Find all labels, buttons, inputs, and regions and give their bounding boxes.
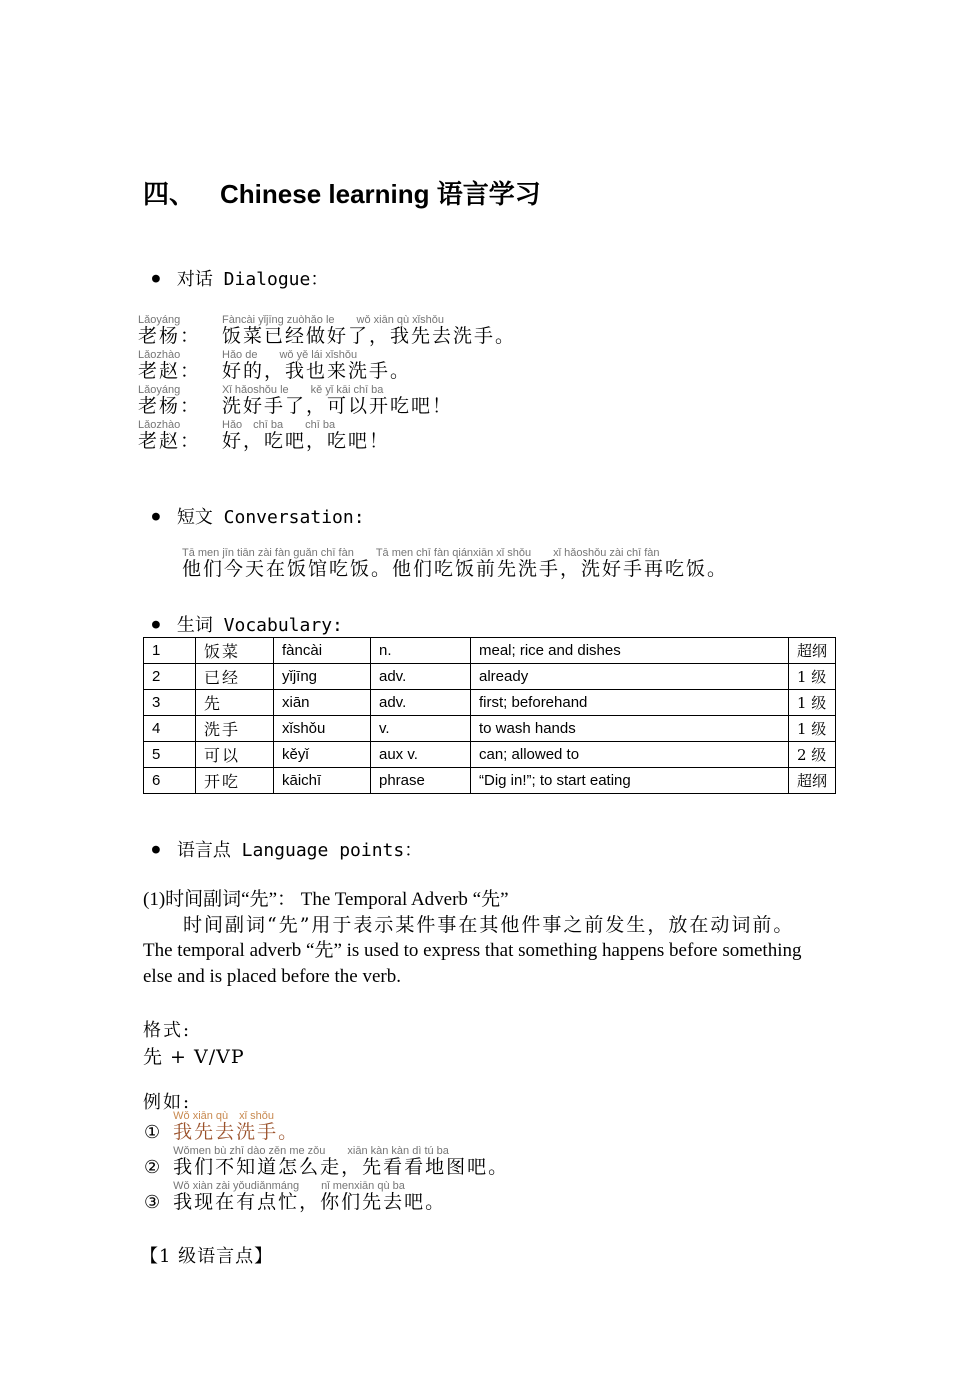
table-row: 3 先 xiān adv. first; beforehand 1 级 xyxy=(144,690,836,716)
vocab-index: 3 xyxy=(144,690,196,716)
hanzi-text: 老杨： xyxy=(138,396,202,417)
format-label: 格式: xyxy=(143,1016,191,1042)
bullet-icon: ● xyxy=(152,843,160,856)
section-heading-language-points: ● 语言点 Language points： xyxy=(152,836,422,862)
bullet-icon: ● xyxy=(152,510,160,523)
dialogue-line: Lǎoyáng 老杨： Xǐ hǎoshǒu le kě yǐ kāi chī … xyxy=(138,384,516,417)
section-heading-dialogue: ● 对话 Dialogue： xyxy=(152,265,328,291)
vocab-index: 5 xyxy=(144,742,196,768)
example-sentence: Wǒ xiàn zài yǒudiǎnmáng nǐ menxiān qù ba… xyxy=(173,1180,446,1213)
vocab-meaning: already xyxy=(471,664,789,690)
table-row: 5 可以 kěyǐ aux v. can; allowed to 2 级 xyxy=(144,742,836,768)
example-number: ① xyxy=(144,1122,160,1143)
section-heading-dialogue-label: 对话 Dialogue： xyxy=(177,265,329,291)
hanzi-text: 他们今天在饭馆吃饭。他们吃饭前先洗手，洗好手再吃饭。 xyxy=(182,559,728,580)
vocab-level: 1 级 xyxy=(789,716,836,742)
conversation-block: Tā men jīn tiān zài fàn guǎn chī fàn Tā … xyxy=(182,547,728,580)
vocab-pinyin: xǐshǒu xyxy=(274,716,371,742)
table-row: 6 开吃 kāichī phrase “Dig in!”; to start e… xyxy=(144,768,836,794)
examples-block: ① Wǒ xiān qù xǐ shǒu 我先去洗手。 ② Wǒmen bù z… xyxy=(144,1110,509,1215)
vocab-pinyin: fàncài xyxy=(274,638,371,664)
section-heading-vocabulary-label: 生词 Vocabulary: xyxy=(177,611,343,637)
vocab-word: 开吃 xyxy=(196,768,274,794)
dialogue-sentence: Fàncài yǐjīng zuòhǎo le wǒ xiān qù xǐshǒ… xyxy=(222,314,516,347)
vocab-index: 2 xyxy=(144,664,196,690)
vocab-word: 洗手 xyxy=(196,716,274,742)
vocab-meaning: “Dig in!”; to start eating xyxy=(471,768,789,794)
dialogue-line: Lǎozhào 老赵： Hǎo chī ba chī ba 好，吃吧，吃吧！ xyxy=(138,419,516,452)
example-number: ③ xyxy=(144,1192,160,1213)
hanzi-text: 老赵： xyxy=(138,431,202,452)
vocab-meaning: meal; rice and dishes xyxy=(471,638,789,664)
example-item: ② Wǒmen bù zhī dào zěn me zǒu xiān kàn k… xyxy=(144,1145,509,1178)
hanzi-text: 好的，我也来洗手。 xyxy=(222,361,411,382)
dialogue-sentence: Hǎo chī ba chī ba 好，吃吧，吃吧！ xyxy=(222,419,390,452)
page-title-text: Chinese learning 语言学习 xyxy=(220,174,541,211)
vocab-pinyin: kāichī xyxy=(274,768,371,794)
table-row: 2 已经 yǐjīng adv. already 1 级 xyxy=(144,664,836,690)
hanzi-text: 我现在有点忙，你们先去吧。 xyxy=(173,1192,446,1213)
hanzi-text: 我们不知道怎么走，先看看地图吧。 xyxy=(173,1157,509,1178)
hanzi-text: 老赵： xyxy=(138,361,202,382)
language-point-explanation-en: The temporal adverb “先” is used to expre… xyxy=(143,938,802,990)
vocab-index: 1 xyxy=(144,638,196,664)
page-title: 四、 Chinese learning 语言学习 xyxy=(143,174,541,211)
vocab-meaning: to wash hands xyxy=(471,716,789,742)
language-point-title: (1)时间副词“先”： The Temporal Adverb “先” xyxy=(143,884,509,911)
language-point-explanation-zh: 时间副词“先”用于表示某件事在其他件事之前发生，放在动词前。 xyxy=(183,910,794,937)
bullet-icon: ● xyxy=(152,618,160,631)
vocab-index: 4 xyxy=(144,716,196,742)
hanzi-text: 洗好手了，可以开吃吧！ xyxy=(222,396,453,417)
table-row: 1 饭菜 fàncài n. meal; rice and dishes 超纲 xyxy=(144,638,836,664)
vocab-level: 超纲 xyxy=(789,638,836,664)
example-sentence: Wǒmen bù zhī dào zěn me zǒu xiān kàn kàn… xyxy=(173,1145,509,1178)
vocab-meaning: can; allowed to xyxy=(471,742,789,768)
example-number: ② xyxy=(144,1157,160,1178)
format-pattern: 先 + V/VP xyxy=(143,1042,245,1069)
example-sentence: Wǒ xiān qù xǐ shǒu 我先去洗手。 xyxy=(173,1110,299,1143)
section-heading-language-points-label: 语言点 Language points： xyxy=(177,836,422,862)
vocab-pos: n. xyxy=(371,638,471,664)
vocab-level: 1 级 xyxy=(789,690,836,716)
vocab-pinyin: yǐjīng xyxy=(274,664,371,690)
vocab-pos: adv. xyxy=(371,664,471,690)
hanzi-text: 我先去洗手。 xyxy=(173,1122,299,1143)
vocab-pos: phrase xyxy=(371,768,471,794)
vocab-word: 饭菜 xyxy=(196,638,274,664)
vocab-pos: adv. xyxy=(371,690,471,716)
example-item: ① Wǒ xiān qù xǐ shǒu 我先去洗手。 xyxy=(144,1110,509,1143)
vocab-level: 超纲 xyxy=(789,768,836,794)
table-row: 4 洗手 xǐshǒu v. to wash hands 1 级 xyxy=(144,716,836,742)
hanzi-text: 老杨： xyxy=(138,326,202,347)
vocab-table: 1 饭菜 fàncài n. meal; rice and dishes 超纲 … xyxy=(143,637,836,794)
dialogue-speaker: Lǎozhào 老赵： xyxy=(138,419,202,452)
dialogue-line: Lǎozhào 老赵： Hǎo de wǒ yě lái xǐshǒu 好的，我… xyxy=(138,349,516,382)
vocab-meaning: first; beforehand xyxy=(471,690,789,716)
vocab-word: 可以 xyxy=(196,742,274,768)
example-item: ③ Wǒ xiàn zài yǒudiǎnmáng nǐ menxiān qù … xyxy=(144,1180,509,1213)
dialogue-speaker: Lǎozhào 老赵： xyxy=(138,349,202,382)
vocab-pinyin: kěyǐ xyxy=(274,742,371,768)
vocab-word: 先 xyxy=(196,690,274,716)
vocab-level: 2 级 xyxy=(789,742,836,768)
section-heading-conversation: ● 短文 Conversation: xyxy=(152,503,365,529)
page-title-number: 四、 xyxy=(143,174,195,211)
vocab-pos: aux v. xyxy=(371,742,471,768)
section-heading-conversation-label: 短文 Conversation: xyxy=(177,503,365,529)
level-note: 【1 级语言点】 xyxy=(140,1242,273,1268)
bullet-icon: ● xyxy=(152,272,160,285)
dialogue-sentence: Xǐ hǎoshǒu le kě yǐ kāi chī ba 洗好手了，可以开吃… xyxy=(222,384,453,417)
document-page: 四、 Chinese learning 语言学习 ● 对话 Dialogue： … xyxy=(0,0,980,1386)
vocab-pinyin: xiān xyxy=(274,690,371,716)
vocab-pos: v. xyxy=(371,716,471,742)
dialogue-block: Lǎoyáng 老杨： Fàncài yǐjīng zuòhǎo le wǒ x… xyxy=(138,314,516,454)
vocab-word: 已经 xyxy=(196,664,274,690)
hanzi-text: 好，吃吧，吃吧！ xyxy=(222,431,390,452)
dialogue-sentence: Hǎo de wǒ yě lái xǐshǒu 好的，我也来洗手。 xyxy=(222,349,411,382)
conversation-sentence: Tā men jīn tiān zài fàn guǎn chī fàn Tā … xyxy=(182,547,728,580)
dialogue-speaker: Lǎoyáng 老杨： xyxy=(138,384,202,417)
dialogue-speaker: Lǎoyáng 老杨： xyxy=(138,314,202,347)
vocab-index: 6 xyxy=(144,768,196,794)
explanation-en-line2: else and is placed before the verb. xyxy=(143,964,802,990)
vocab-level: 1 级 xyxy=(789,664,836,690)
explanation-en-line1: The temporal adverb “先” is used to expre… xyxy=(143,938,802,964)
section-heading-vocabulary: ● 生词 Vocabulary: xyxy=(152,611,343,637)
hanzi-text: 饭菜已经做好了，我先去洗手。 xyxy=(222,326,516,347)
dialogue-line: Lǎoyáng 老杨： Fàncài yǐjīng zuòhǎo le wǒ x… xyxy=(138,314,516,347)
vocab-table-wrap: 1 饭菜 fàncài n. meal; rice and dishes 超纲 … xyxy=(143,637,836,794)
